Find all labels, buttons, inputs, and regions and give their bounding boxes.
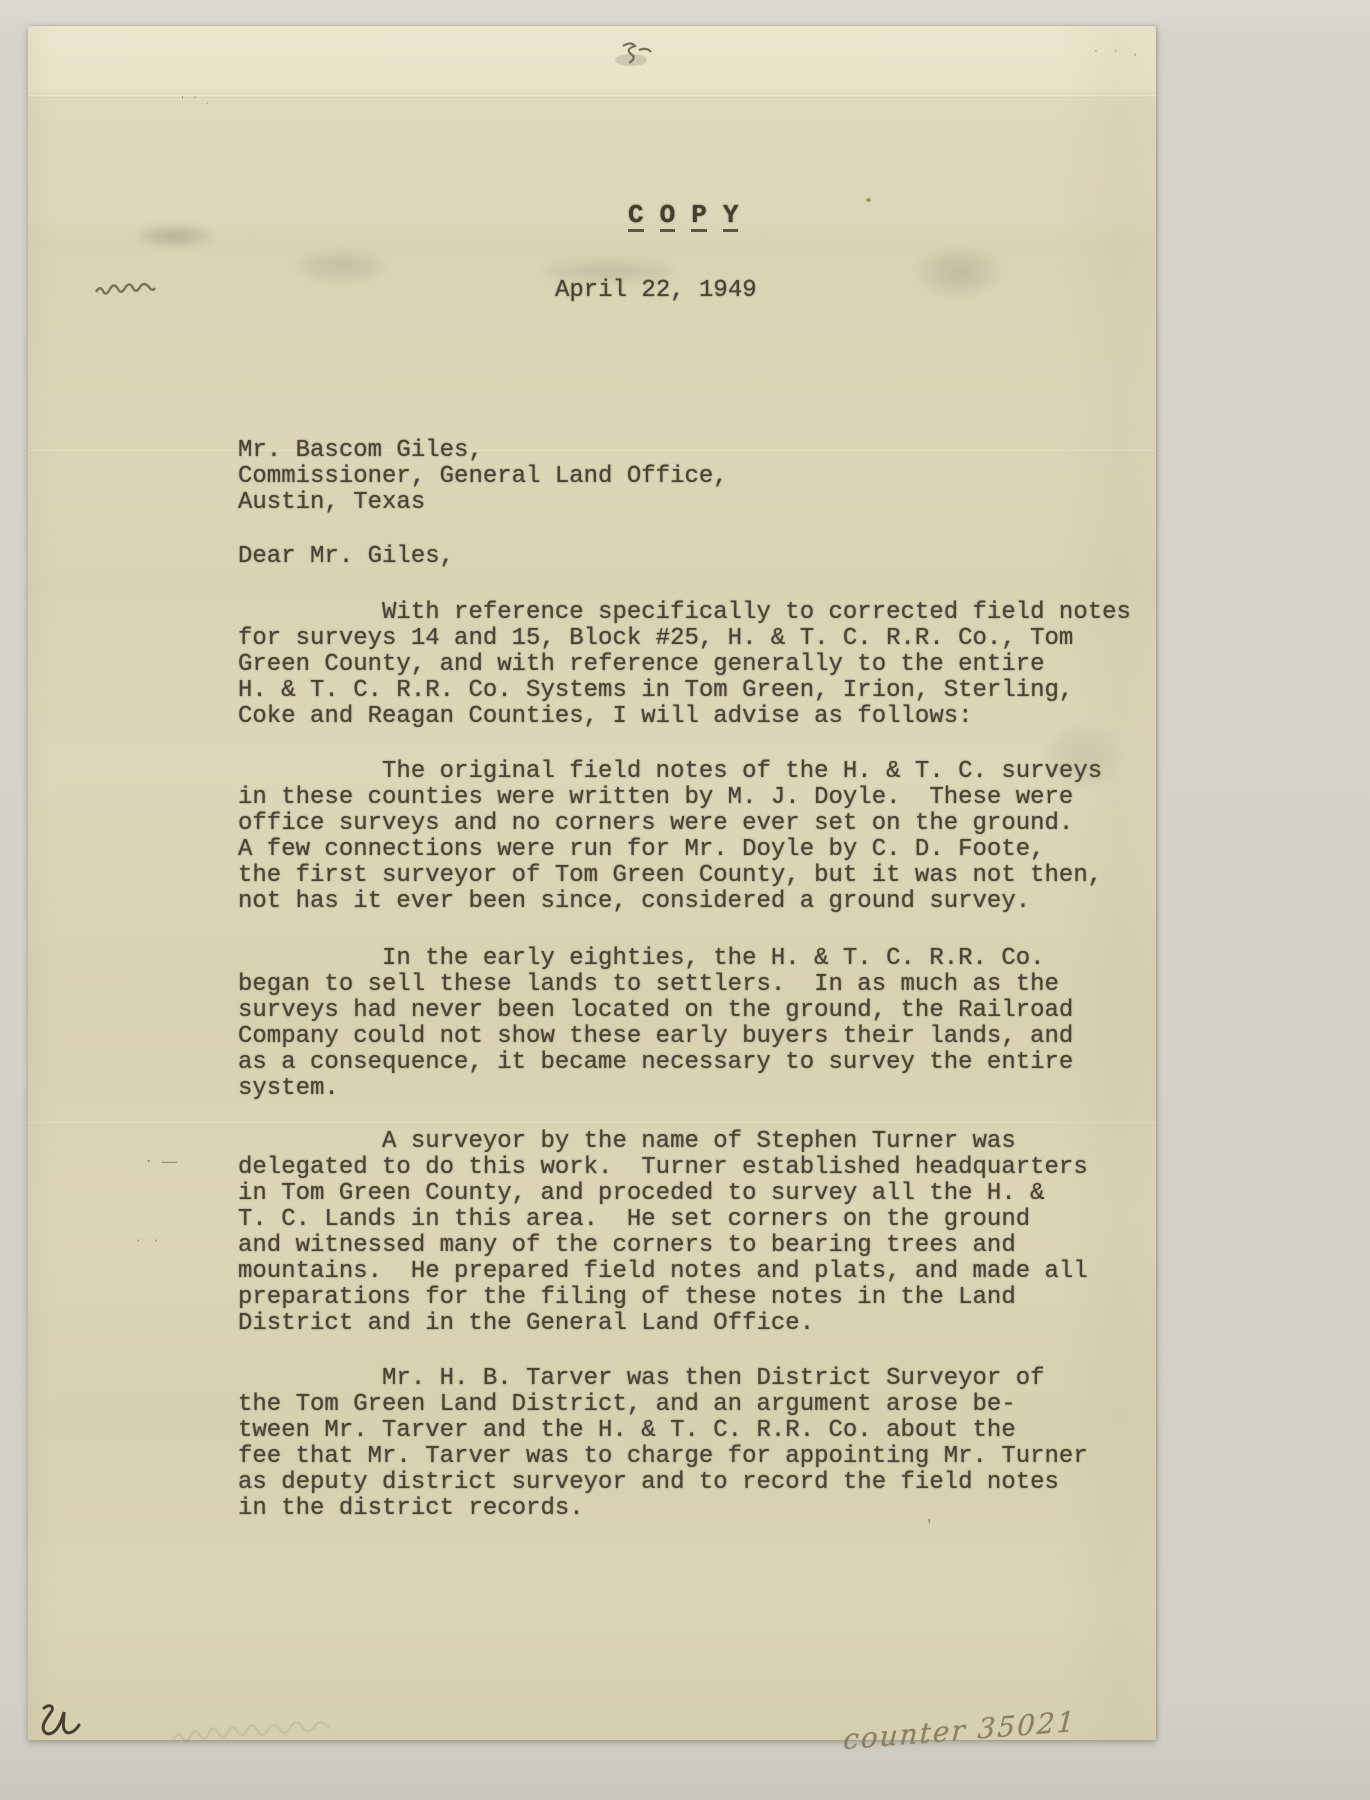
smudge-squiggle	[93, 278, 157, 300]
mirrored-pencil-bleedthrough	[168, 1719, 359, 1757]
copy-heading-letter: Y	[723, 203, 739, 232]
toner-smudge	[918, 248, 998, 296]
scanner-background: C O P Y April 22, 1949 Mr. Bascom Giles,…	[0, 0, 1370, 1800]
ink-smudge	[605, 40, 669, 70]
paragraph-3: In the early eighties, the H. & T. C. R.…	[238, 946, 1073, 1102]
copy-heading-letter: P	[691, 203, 707, 232]
copy-heading: C O P Y	[628, 203, 738, 232]
salutation: Dear Mr. Giles,	[238, 544, 454, 570]
letter-date: April 22, 1949	[555, 278, 757, 304]
paragraph-1: With reference specifically to corrected…	[238, 600, 1131, 730]
paper-crease	[28, 95, 1156, 98]
letter-page: C O P Y April 22, 1949 Mr. Bascom Giles,…	[28, 26, 1156, 1740]
pencil-ticks: ' ' .	[181, 94, 239, 112]
ink-monogram-stroke	[36, 1702, 84, 1740]
toner-smudge	[298, 250, 384, 282]
copy-heading-letter: C	[628, 203, 644, 232]
paragraph-5: Mr. H. B. Tarver was then District Surve…	[238, 1366, 1088, 1522]
bleedthrough-squiggle	[168, 1719, 359, 1752]
paper-fleck	[866, 198, 871, 202]
pencil-counter-note: counter 35021	[842, 1705, 1077, 1757]
paragraph-2: The original field notes of the H. & T. …	[238, 759, 1102, 915]
paper-crease	[28, 1122, 1156, 1125]
margin-dot-marks: · ·	[136, 1232, 162, 1250]
recipient-address: Mr. Bascom Giles, Commissioner, General …	[238, 438, 728, 516]
paragraph-4: A surveyor by the name of Stephen Turner…	[238, 1129, 1088, 1337]
ink-smudge	[93, 278, 157, 300]
margin-dash-mark: · —	[146, 1152, 180, 1172]
gray-streak	[138, 226, 212, 246]
pencil-ticks: · · ,	[1094, 44, 1150, 62]
ink-monogram-mark	[36, 1702, 84, 1745]
copy-heading-letter: O	[660, 203, 676, 232]
tick-mark: '	[925, 1518, 933, 1534]
smudge-squiggle	[605, 40, 669, 70]
